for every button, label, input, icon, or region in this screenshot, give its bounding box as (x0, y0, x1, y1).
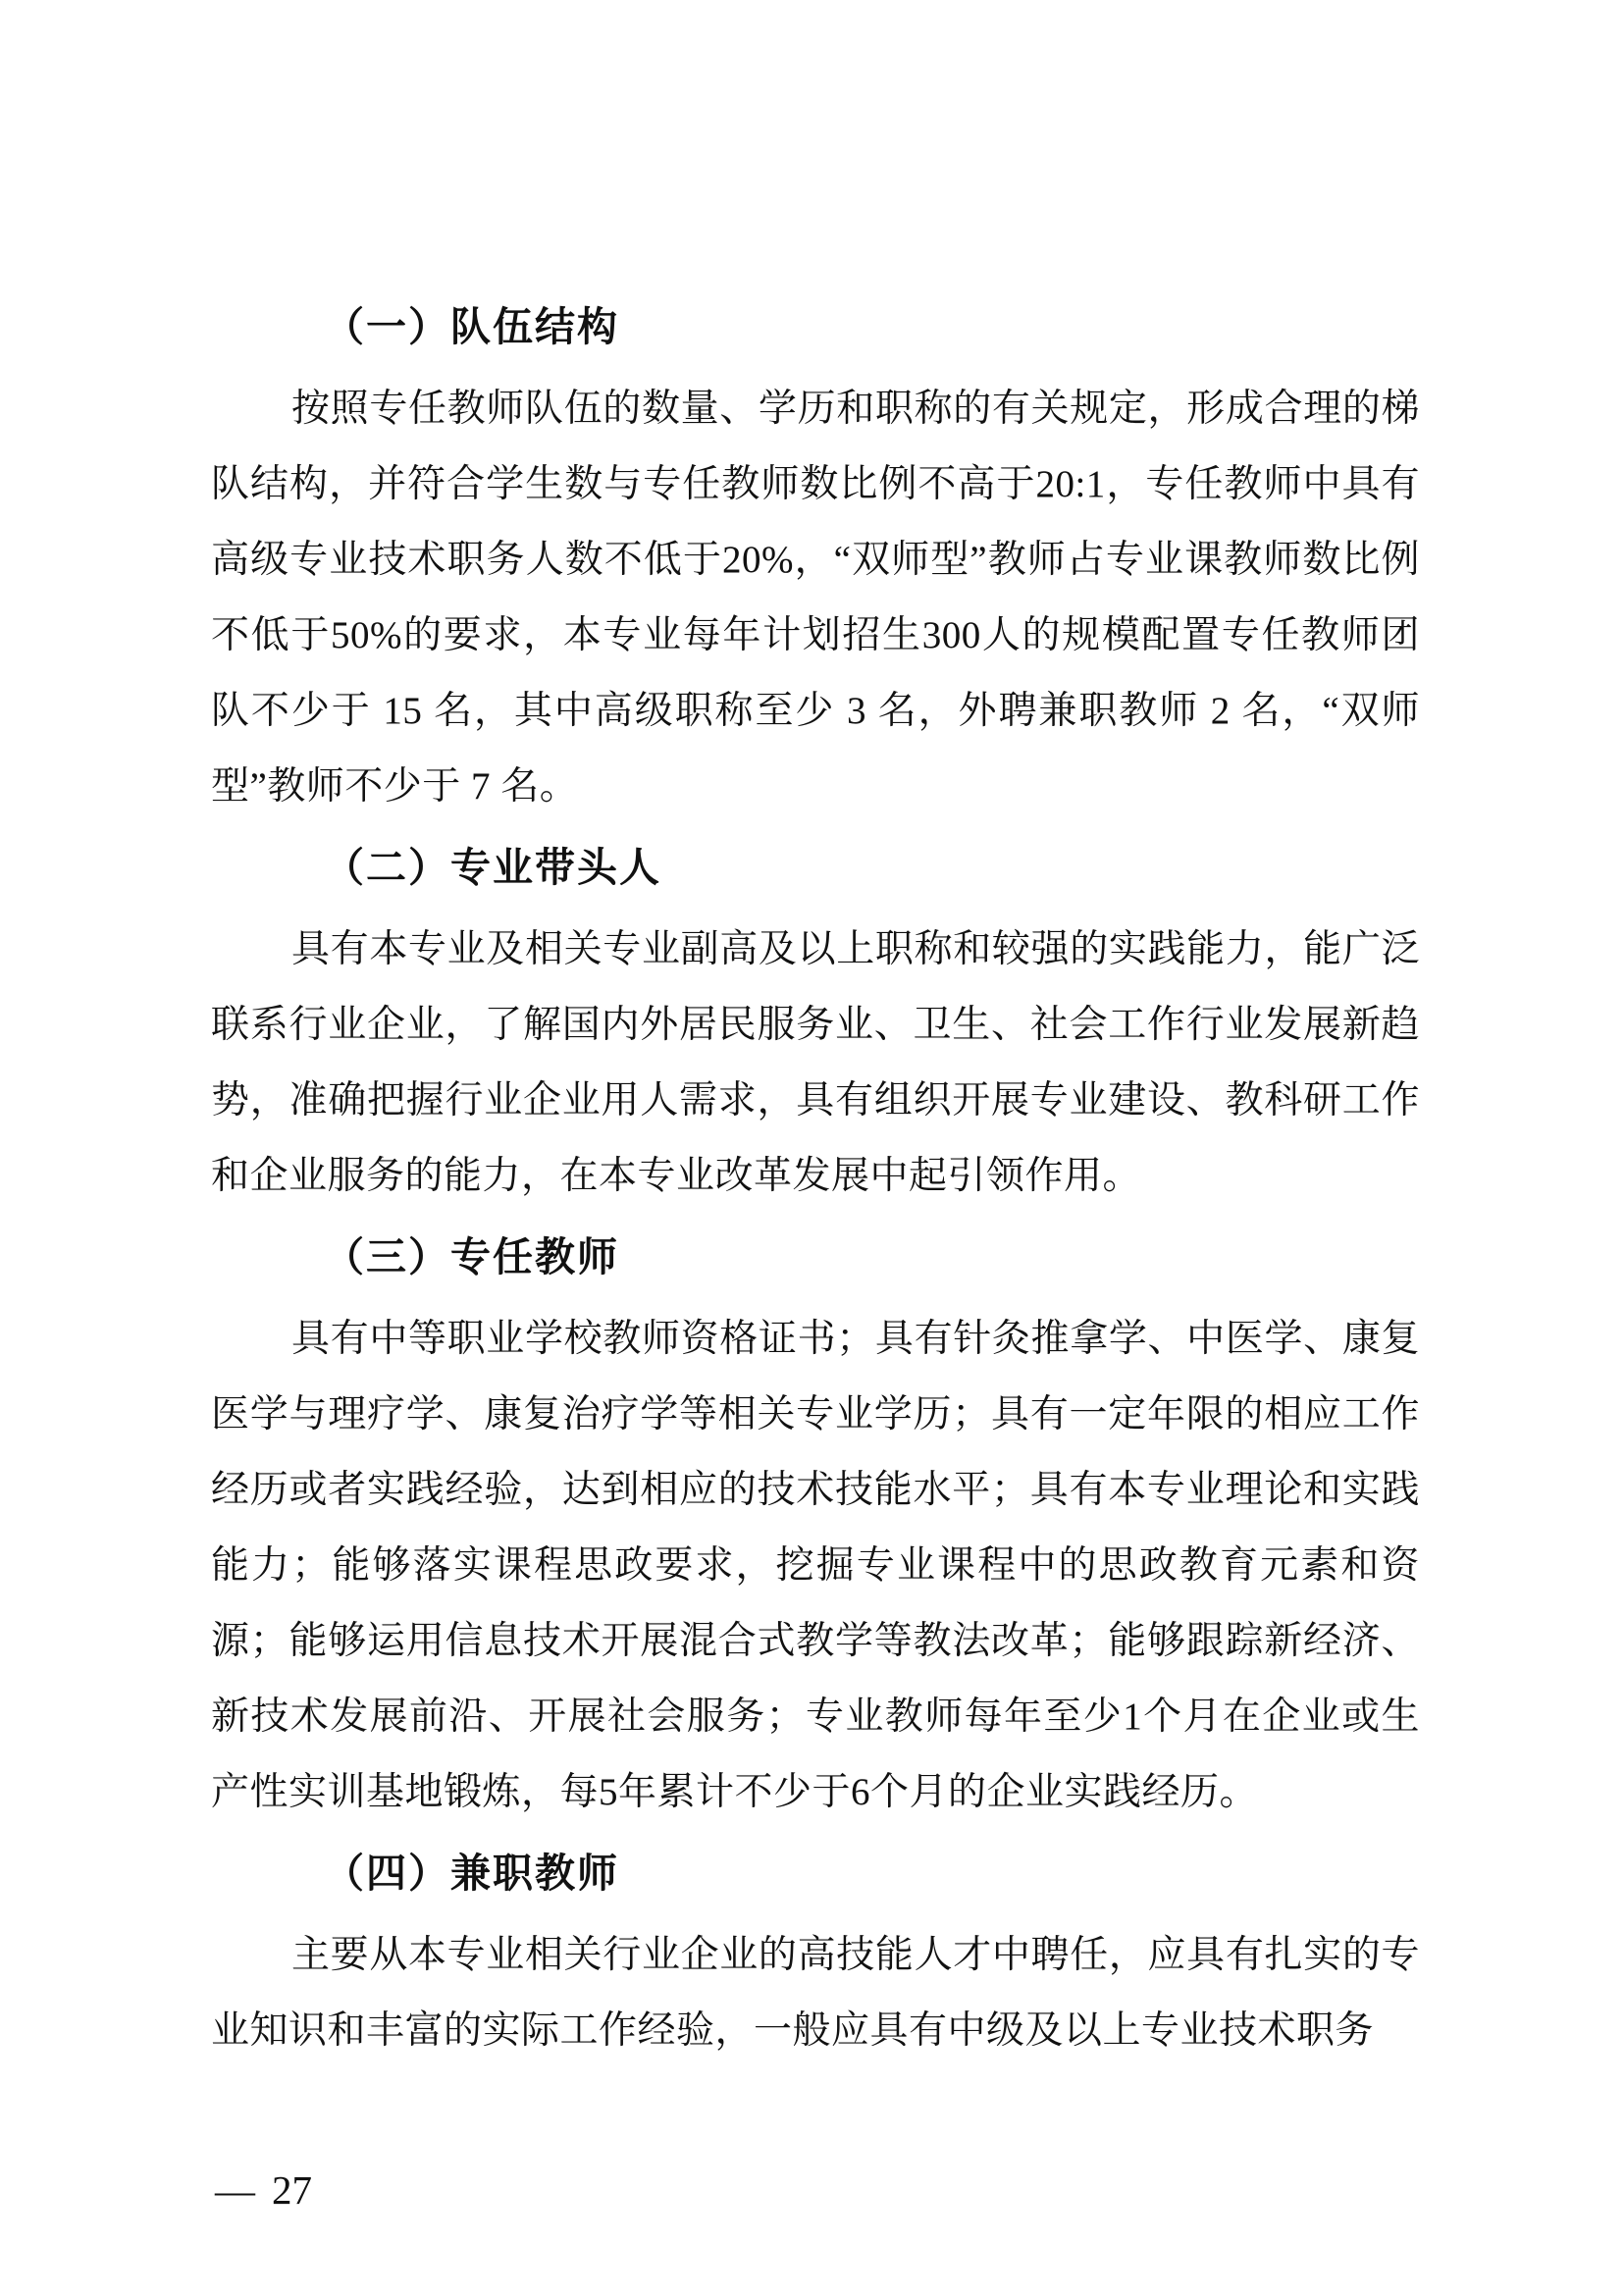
document-page: （一）队伍结构按照专任教师队伍的数量、学历和职称的有关规定，形成合理的梯队结构，… (0, 0, 1624, 2295)
body-paragraph: 具有中等职业学校教师资格证书；具有针灸推拿学、中医学、康复医学与理疗学、康复治疗… (211, 1301, 1420, 1830)
section-heading: （一）队伍结构 (211, 289, 1420, 365)
body-paragraph: 按照专任教师队伍的数量、学历和职称的有关规定，形成合理的梯队结构，并符合学生数与… (211, 371, 1420, 824)
body-paragraph: 主要从本专业相关行业企业的高技能人才中聘任，应具有扎实的专业知识和丰富的实际工作… (211, 1917, 1420, 2068)
page-footer: — 27 (215, 2170, 312, 2211)
body-paragraph: 具有本专业及相关专业副高及以上职称和较强的实践能力，能广泛联系行业企业，了解国内… (211, 912, 1420, 1214)
document-body: （一）队伍结构按照专任教师队伍的数量、学历和职称的有关规定，形成合理的梯队结构，… (211, 284, 1420, 2068)
section-heading: （四）兼职教师 (211, 1836, 1420, 1911)
page-number: 27 (272, 2170, 312, 2211)
page-number-dash: — (215, 2170, 255, 2211)
section-heading: （三）专任教师 (211, 1220, 1420, 1295)
section-heading: （二）专业带头人 (211, 830, 1420, 906)
